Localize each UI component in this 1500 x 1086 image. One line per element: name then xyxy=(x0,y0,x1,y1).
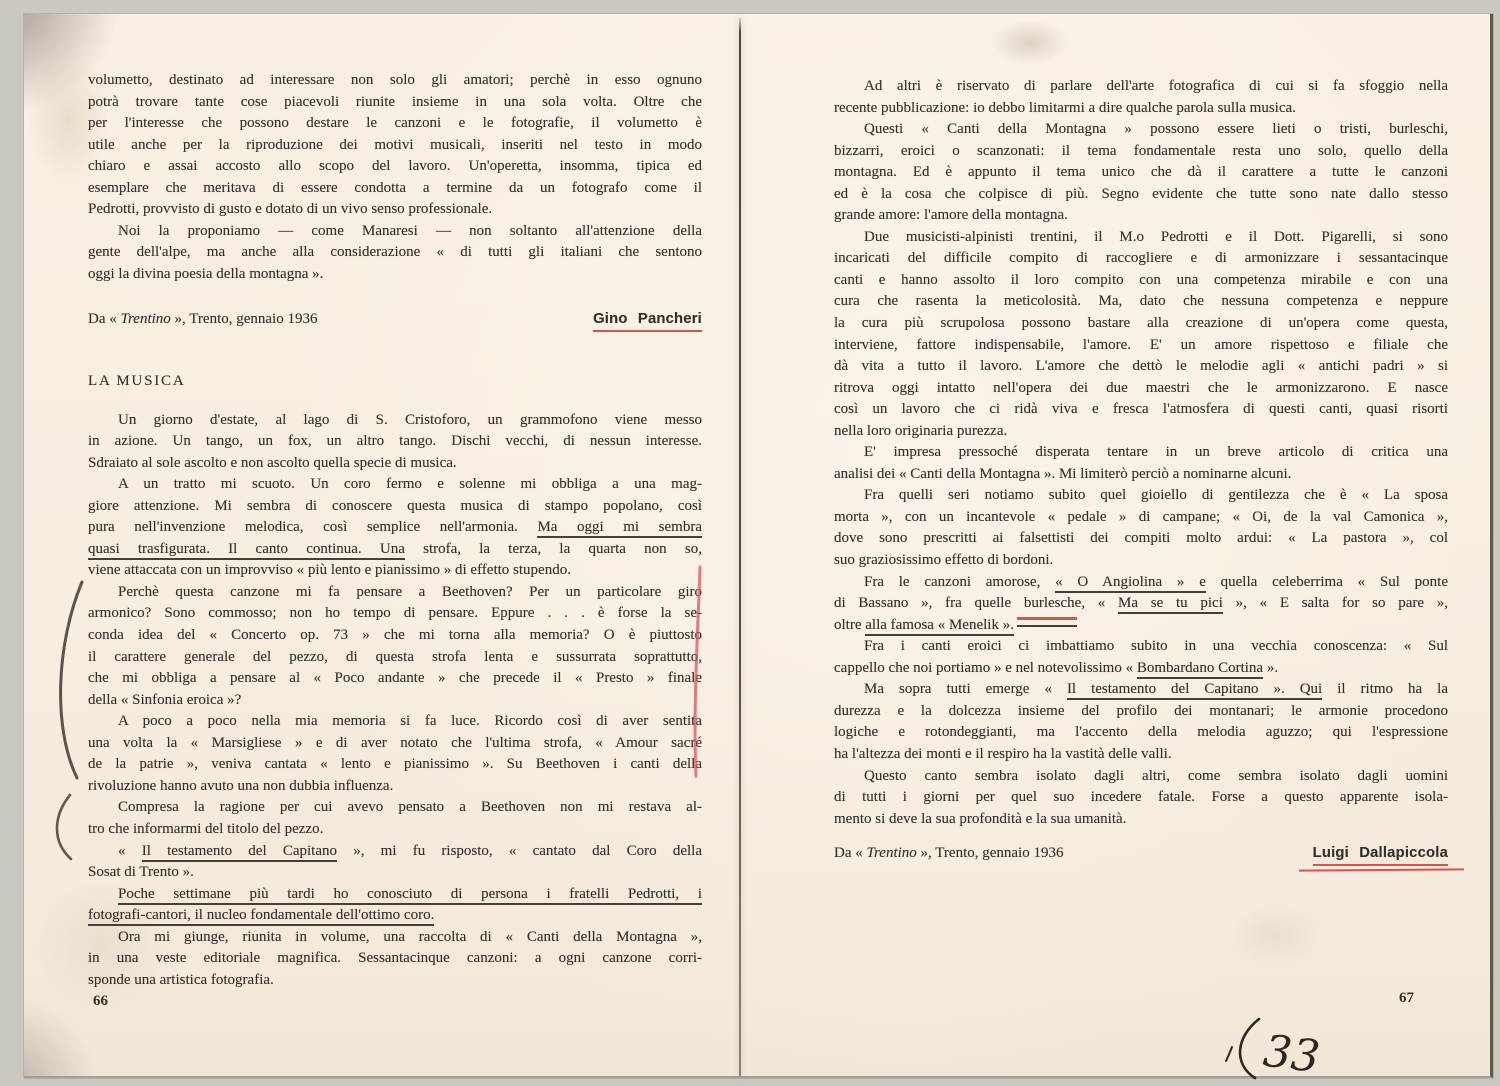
text-segment: cappello che noi portiamo » e nel notevo… xyxy=(834,660,1137,676)
text-segment: canti e hanno assolto il loro compito co… xyxy=(834,272,1448,288)
text-segment: dà vita a tutto il lavoro. L'amore che d… xyxy=(834,358,1448,374)
text-segment: in azione. Un tango, un fox, un altro ta… xyxy=(88,433,702,449)
text-segment: così un lavoro che ci ridà viva e fresca… xyxy=(834,401,1448,417)
text-segment: Pedrotti, provvisto di gusto e dotato di… xyxy=(88,201,492,217)
text-line: pura nell'invenzione melodica, così semp… xyxy=(88,517,702,539)
text-line: Un giorno d'estate, al lago di S. Cristo… xyxy=(88,410,702,432)
text-segment: A un tratto mi scuoto. Un coro fermo e s… xyxy=(118,476,702,492)
text-segment: di Bassano », fra quelle burlesche, « xyxy=(834,595,1118,611)
text-segment: la cura più scrupolosa possono bastare a… xyxy=(834,315,1448,331)
text-line: « Il testamento del Capitano », mi fu ri… xyxy=(88,841,702,863)
text-segment: », Trento, gennaio 1936 xyxy=(171,311,318,327)
text-segment: armonico? Sono commosso; non ho tempo di… xyxy=(88,605,702,621)
text-segment: Gino Pancheri xyxy=(593,311,702,332)
text-segment: Luigi Dallapiccola xyxy=(1313,845,1448,866)
text-line: esemplare che meritava di essere condott… xyxy=(88,178,702,200)
text-segment: Ma sopra tutti emerge « xyxy=(864,681,1067,697)
text-line: recente pubblicazione: io debbo limitarm… xyxy=(834,98,1448,120)
text-segment: « xyxy=(118,843,142,859)
text-segment: una volta la « Marsigliese » e di aver n… xyxy=(88,735,702,751)
paragraph: Perchè questa canzone mi fa pensare a Be… xyxy=(88,582,702,711)
text-line: morta », con un incantevole « pedale » d… xyxy=(834,507,1448,529)
text-line: viene attaccata con un improvviso « più … xyxy=(88,560,702,582)
text-line: Questo canto sembra isolato dagli altri,… xyxy=(834,766,1448,788)
text-segment: ». xyxy=(1263,660,1278,676)
text-segment: gente dell'alpe, ma anche alla considera… xyxy=(88,244,702,260)
paragraph: Questi « Canti della Montagna » possono … xyxy=(834,119,1448,227)
text-line: che mi obbliga a pensare al « Poco andan… xyxy=(88,668,702,690)
text-line: una volta la « Marsigliese » e di aver n… xyxy=(88,733,702,755)
paragraph: Compresa la ragione per cui avevo pensat… xyxy=(88,797,702,840)
text-line: grande amore: l'amore della montagna. xyxy=(834,205,1448,227)
text-line: la cura più scrupolosa possono bastare a… xyxy=(834,313,1448,335)
text-line: potrà trovare tante cose piacevoli riuni… xyxy=(88,92,702,114)
text-segment: suo graziosissimo effetto di bordoni. xyxy=(834,552,1053,568)
paragraph: Fra quelli seri notiamo subito quel gioi… xyxy=(834,485,1448,571)
text-line: utile anche per la riproduzione dei moti… xyxy=(88,135,702,157)
text-line: Fra le canzoni amorose, « O Angiolina » … xyxy=(834,572,1448,594)
text-segment: per l'interesse che possono destare le c… xyxy=(88,115,702,131)
page-right-text-column: Ad altri è riservato di parlare dell'art… xyxy=(834,76,1448,865)
source-byline: Da « Trentino », Trento, gennaio 1936Gin… xyxy=(88,309,702,331)
text-line: durezza e la dolcezza insieme del profil… xyxy=(834,701,1448,723)
text-line: montagna. Ed è appunto il tema unico che… xyxy=(834,162,1448,184)
text-line: Sosat di Trento ». xyxy=(88,862,702,884)
paragraph: A un tratto mi scuoto. Un coro fermo e s… xyxy=(88,474,702,582)
text-line: Perchè questa canzone mi fa pensare a Be… xyxy=(88,582,702,604)
page-number-left: 66 xyxy=(93,993,108,1010)
text-segment: incaricati del difficile compito di racc… xyxy=(834,250,1448,266)
text-segment: in una veste editoriale magnifica. Sessa… xyxy=(88,950,702,966)
source-citation: Da « Trentino », Trento, gennaio 1936 xyxy=(88,309,317,331)
page-number-right: 67 xyxy=(1399,990,1414,1007)
text-line: Poche settimane più tardi ho conosciuto … xyxy=(88,884,702,906)
text-line: suo graziosissimo effetto di bordoni. xyxy=(834,550,1448,572)
text-segment: oggi la divina poesia della montagna ». xyxy=(88,266,323,282)
text-segment: Da « xyxy=(88,311,121,327)
text-line: Pedrotti, provvisto di gusto e dotato di… xyxy=(88,199,702,221)
text-segment: morta », con un incantevole « pedale » d… xyxy=(834,509,1448,525)
author-signature: Gino Pancheri xyxy=(593,309,702,331)
text-segment: », Trento, gennaio 1936 xyxy=(917,845,1064,861)
paragraph: Noi la proponiamo — come Manaresi — non … xyxy=(88,221,702,286)
text-line: E' impresa pressoché disperata tentare i… xyxy=(834,442,1448,464)
paragraph: « Il testamento del Capitano », mi fu ri… xyxy=(88,841,702,884)
page-left-text-column: volumetto, destinato ad interessare non … xyxy=(88,70,702,991)
text-segment: Il testamento del Capitano ». Qui xyxy=(1067,681,1322,700)
text-segment: rivoluzione hanno avuto una non dubbia i… xyxy=(88,778,393,794)
text-segment: Compresa la ragione per cui avevo pensat… xyxy=(118,799,702,815)
text-line: canti e hanno assolto il loro compito co… xyxy=(834,270,1448,292)
text-line: sponde una artistica fotografia. xyxy=(88,970,702,992)
text-line: analisi dei « Canti della Montagna ». Mi… xyxy=(834,464,1448,486)
text-line: cappello che noi portiamo » e nel notevo… xyxy=(834,658,1448,680)
paragraph: Fra le canzoni amorose, « O Angiolina » … xyxy=(834,572,1448,637)
text-segment: ha l'altezza dei monti e il respiro ha l… xyxy=(834,746,1172,762)
text-segment: analisi dei « Canti della Montagna ». Mi… xyxy=(834,466,1291,482)
text-segment: montagna. Ed è appunto il tema unico che… xyxy=(834,164,1448,180)
text-segment: E' impresa pressoché disperata tentare i… xyxy=(864,444,1448,460)
text-segment: Un giorno d'estate, al lago di S. Cristo… xyxy=(118,412,702,428)
text-segment: Bombardano Cortina xyxy=(1137,660,1263,679)
text-segment: Fra le canzoni amorose, xyxy=(864,574,1055,590)
text-segment: conda idea del « Concerto op. 73 » che m… xyxy=(88,627,702,643)
text-line: ha l'altezza dei monti e il respiro ha l… xyxy=(834,744,1448,766)
text-line: incaricati del difficile compito di racc… xyxy=(834,248,1448,270)
paragraph: volumetto, destinato ad interessare non … xyxy=(88,70,702,221)
text-line: A un tratto mi scuoto. Un coro fermo e s… xyxy=(88,474,702,496)
text-segment: grande amore: l'amore della montagna. xyxy=(834,207,1068,223)
text-segment: Trentino xyxy=(867,845,917,861)
text-segment: interviene, fattore indispensabile, l'am… xyxy=(834,337,1448,353)
text-segment: Sdraiato al sole ascolto e non ascolto q… xyxy=(88,455,457,471)
section-heading: LA MUSICA xyxy=(88,371,702,393)
text-segment: strofa, la terza, la quarta non so, xyxy=(405,541,702,557)
text-line: cura che rasenta la meticolosità. Ma, da… xyxy=(834,291,1448,313)
text-line: ed è la cosa che colpisce di più. Segno … xyxy=(834,184,1448,206)
author-signature: Luigi Dallapiccola xyxy=(1313,843,1448,865)
text-line: Questi « Canti della Montagna » possono … xyxy=(834,119,1448,141)
text-segment: tro che informarmi del titolo del pezzo. xyxy=(88,821,323,837)
text-segment: durezza e la dolcezza insieme del profil… xyxy=(834,703,1448,719)
text-line: volumetto, destinato ad interessare non … xyxy=(88,70,702,92)
text-segment: volumetto, destinato ad interessare non … xyxy=(88,72,702,88)
text-line: de la patrie », veniva cantata « lento e… xyxy=(88,754,702,776)
text-line: Ma sopra tutti emerge « Il testamento de… xyxy=(834,679,1448,701)
text-line: Due musicisti-alpinisti trentini, il M.o… xyxy=(834,227,1448,249)
text-segment: LA MUSICA xyxy=(88,373,185,389)
text-segment: pura nell'invenzione melodica, così semp… xyxy=(88,519,537,535)
text-segment: giore attenzione. Mi sembra di conoscere… xyxy=(88,498,702,514)
text-line: così un lavoro che ci ridà viva e fresca… xyxy=(834,399,1448,421)
text-segment: Il testamento del Capitano xyxy=(142,843,337,862)
text-line: dà vita a tutto il lavoro. L'amore che d… xyxy=(834,356,1448,378)
text-line: giore attenzione. Mi sembra di conoscere… xyxy=(88,496,702,518)
text-line: Compresa la ragione per cui avevo pensat… xyxy=(88,797,702,819)
text-segment: Questo canto sembra isolato dagli altri,… xyxy=(864,768,1448,784)
text-segment: Fra i canti eroici ci imbattiamo subito … xyxy=(864,638,1448,654)
text-segment: esemplare che meritava di essere condott… xyxy=(88,180,702,196)
text-segment: Ora mi giunge, riunita in volume, una ra… xyxy=(118,929,702,945)
text-line: di tutti i giorni per quel suo incedere … xyxy=(834,787,1448,809)
text-line: dove sono prescritti ai falsettisti dei … xyxy=(834,528,1448,550)
text-segment: viene attaccata con un improvviso « più … xyxy=(88,562,571,578)
text-segment: », « E salta for so pare », xyxy=(1223,595,1448,611)
paragraph: Due musicisti-alpinisti trentini, il M.o… xyxy=(834,227,1448,442)
text-line: A poco a poco nella mia memoria si fa lu… xyxy=(88,711,702,733)
text-line: quasi trasfigurata. Il canto continua. U… xyxy=(88,539,702,561)
text-segment: il ritmo ha la xyxy=(1322,681,1448,697)
paragraph: Ora mi giunge, riunita in volume, una ra… xyxy=(88,927,702,992)
text-segment: logiche e rotondeggianti, ma l'accento d… xyxy=(834,724,1448,740)
text-segment: Fra quelli seri notiamo subito quel gioi… xyxy=(864,487,1448,503)
text-line: rivoluzione hanno avuto una non dubbia i… xyxy=(88,776,702,798)
text-segment: di tutti i giorni per quel suo incedere … xyxy=(834,789,1448,805)
center-fold-line xyxy=(739,18,741,1076)
text-segment: Trentino xyxy=(121,311,171,327)
text-segment: che mi obbliga a pensare al « Poco andan… xyxy=(88,670,702,686)
text-segment: de la patrie », veniva cantata « lento e… xyxy=(88,756,702,772)
text-line: oltre alla famosa « Menelik ». xyxy=(834,615,1448,637)
text-segment: recente pubblicazione: io debbo limitarm… xyxy=(834,100,1296,116)
text-segment: della « Sinfonia eroica »? xyxy=(88,692,241,708)
paragraph: Ma sopra tutti emerge « Il testamento de… xyxy=(834,679,1448,765)
text-segment: quella celeberrima « Sul ponte xyxy=(1206,574,1448,590)
text-segment: Sosat di Trento ». xyxy=(88,864,194,880)
text-segment: potrà trovare tante cose piacevoli riuni… xyxy=(88,94,702,110)
text-line: conda idea del « Concerto op. 73 » che m… xyxy=(88,625,702,647)
text-segment: bizzarri, eroici o scanzonati: il tema f… xyxy=(834,143,1448,159)
text-line: in azione. Un tango, un fox, un altro ta… xyxy=(88,431,702,453)
text-line: di Bassano », fra quelle burlesche, « Ma… xyxy=(834,593,1448,615)
paragraph: Un giorno d'estate, al lago di S. Cristo… xyxy=(88,410,702,475)
text-segment: nella loro originaria purezza. xyxy=(834,423,1007,439)
text-segment: Perchè questa canzone mi fa pensare a Be… xyxy=(118,584,702,600)
text-line: della « Sinfonia eroica »? xyxy=(88,690,702,712)
text-line: tro che informarmi del titolo del pezzo. xyxy=(88,819,702,841)
text-segment: quasi trasfigurata. Il canto continua. U… xyxy=(88,541,405,560)
text-line: Noi la proponiamo — come Manaresi — non … xyxy=(88,221,702,243)
text-line: per l'interesse che possono destare le c… xyxy=(88,113,702,135)
text-segment: Poche settimane più tardi ho conosciuto … xyxy=(118,886,702,905)
paragraph: E' impresa pressoché disperata tentare i… xyxy=(834,442,1448,485)
paragraph: Questo canto sembra isolato dagli altri,… xyxy=(834,766,1448,831)
text-segment: A poco a poco nella mia memoria si fa lu… xyxy=(118,713,702,729)
text-line: mento si deve la sua profondità e la sua… xyxy=(834,809,1448,831)
source-byline: Da « Trentino », Trento, gennaio 1936Lui… xyxy=(834,843,1448,865)
scanned-book-spread: { "document": { "kind": "scanned book sp… xyxy=(0,0,1500,1086)
text-line: Ad altri è riservato di parlare dell'art… xyxy=(834,76,1448,98)
paragraph: A poco a poco nella mia memoria si fa lu… xyxy=(88,711,702,797)
text-line: armonico? Sono commosso; non ho tempo di… xyxy=(88,603,702,625)
text-segment: Questi « Canti della Montagna » possono … xyxy=(864,121,1448,137)
text-segment: mento si deve la sua profondità e la sua… xyxy=(834,811,1126,827)
text-segment: sponde una artistica fotografia. xyxy=(88,972,274,988)
text-segment: « O Angiolina » e xyxy=(1055,574,1206,593)
paragraph: Poche settimane più tardi ho conosciuto … xyxy=(88,884,702,927)
text-line: LA MUSICA xyxy=(88,371,702,393)
text-segment: chiaro e assai accosto allo scopo del la… xyxy=(88,158,702,174)
text-segment: Ma se tu pici xyxy=(1118,595,1223,614)
text-segment: Noi la proponiamo — come Manaresi — non … xyxy=(118,223,702,239)
text-line: in una veste editoriale magnifica. Sessa… xyxy=(88,948,702,970)
text-line: ritrova oggi intatto nell'opera dei due … xyxy=(834,378,1448,400)
text-segment: Da « xyxy=(834,845,867,861)
text-segment: alla famosa « Menelik ». xyxy=(865,617,1014,636)
text-line: logiche e rotondeggianti, ma l'accento d… xyxy=(834,722,1448,744)
paragraph: Ad altri è riservato di parlare dell'art… xyxy=(834,76,1448,119)
text-line: Fra i canti eroici ci imbattiamo subito … xyxy=(834,636,1448,658)
text-segment: ritrova oggi intatto nell'opera dei due … xyxy=(834,380,1448,396)
text-segment: cura che rasenta la meticolosità. Ma, da… xyxy=(834,293,1448,309)
text-line: il carattere generale del pezzo, di ques… xyxy=(88,647,702,669)
text-line: chiaro e assai accosto allo scopo del la… xyxy=(88,156,702,178)
text-segment: fotografi-cantori, il nucleo fondamental… xyxy=(88,907,434,926)
text-line: Sdraiato al sole ascolto e non ascolto q… xyxy=(88,453,702,475)
text-line: fotografi-cantori, il nucleo fondamental… xyxy=(88,905,702,927)
text-segment: », mi fu risposto, « cantato dal Coro de… xyxy=(337,843,702,859)
text-line: gente dell'alpe, ma anche alla considera… xyxy=(88,242,702,264)
text-line: Fra quelli seri notiamo subito quel gioi… xyxy=(834,485,1448,507)
text-segment: utile anche per la riproduzione dei moti… xyxy=(88,137,702,153)
text-segment: ed è la cosa che colpisce di più. Segno … xyxy=(834,186,1448,202)
text-line: oggi la divina poesia della montagna ». xyxy=(88,264,702,286)
text-segment: Due musicisti-alpinisti trentini, il M.o… xyxy=(864,229,1448,245)
text-line: interviene, fattore indispensabile, l'am… xyxy=(834,335,1448,357)
text-segment: Ad altri è riservato di parlare dell'art… xyxy=(864,78,1448,94)
paragraph: Fra i canti eroici ci imbattiamo subito … xyxy=(834,636,1448,679)
text-segment: dove sono prescritti ai falsettisti dei … xyxy=(834,530,1448,546)
source-citation: Da « Trentino », Trento, gennaio 1936 xyxy=(834,843,1063,865)
text-segment: oltre xyxy=(834,617,865,633)
text-line: Ora mi giunge, riunita in volume, una ra… xyxy=(88,927,702,949)
text-segment: Ma oggi mi sembra xyxy=(537,519,702,538)
text-line: bizzarri, eroici o scanzonati: il tema f… xyxy=(834,141,1448,163)
text-segment: il carattere generale del pezzo, di ques… xyxy=(88,649,702,665)
text-line: nella loro originaria purezza. xyxy=(834,421,1448,443)
text-segment xyxy=(1017,617,1077,627)
